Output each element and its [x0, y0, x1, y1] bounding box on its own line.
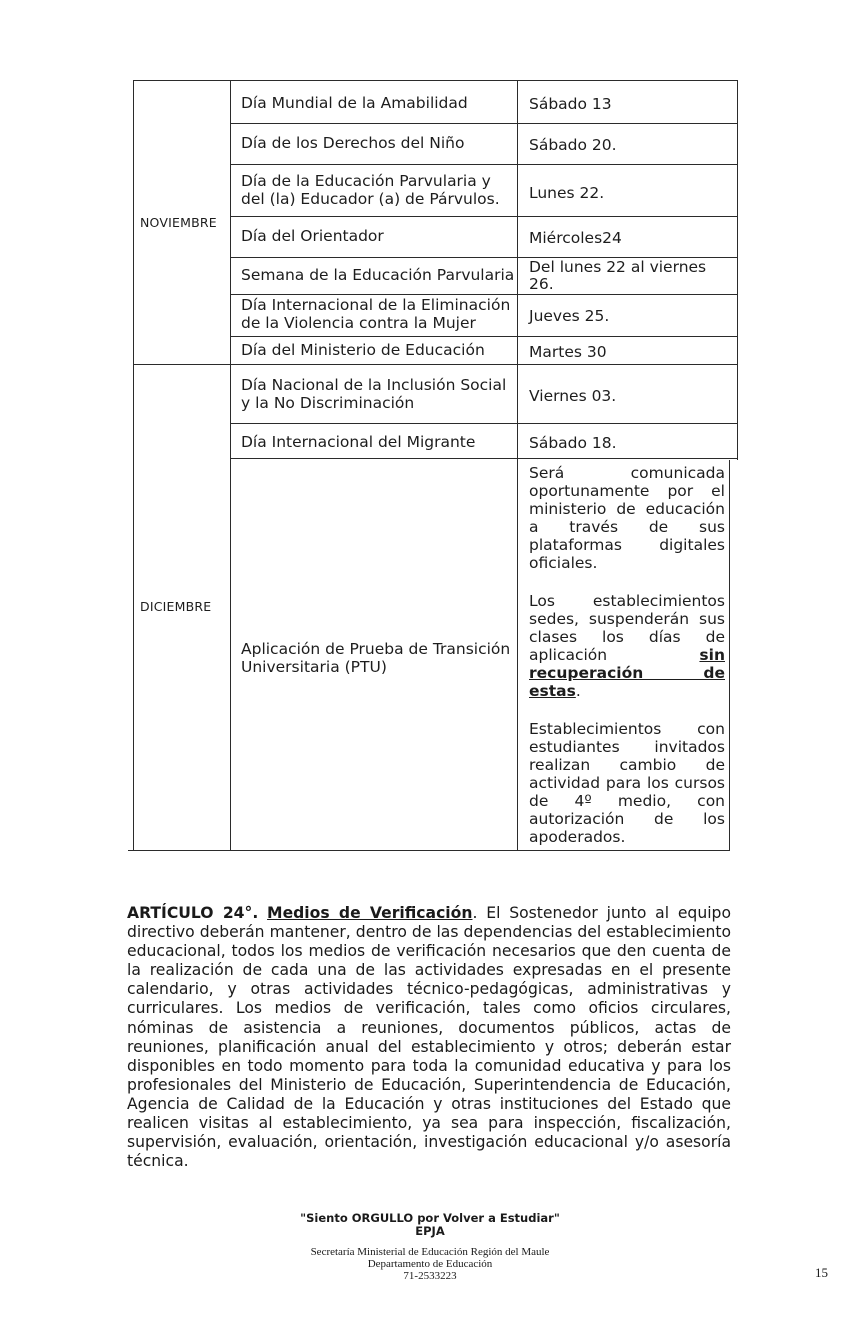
table-border — [133, 80, 134, 850]
footer-phone: 71-2533223 — [250, 1270, 610, 1282]
date-cell: Miércoles24 — [529, 229, 622, 247]
note-line: aplicación sin — [529, 646, 725, 664]
date-cell: Lunes 22. — [529, 184, 604, 202]
note-line: actividad para los cursos — [529, 774, 725, 792]
activity-cell: Día Mundial de la Amabilidad — [241, 94, 468, 112]
note-line: ministerio de educación — [529, 500, 725, 518]
activity-cell: Día del Orientador — [241, 227, 384, 245]
row-divider — [230, 123, 737, 124]
date-text: Sábado 13 — [529, 95, 612, 113]
activity-text: de la Violencia contra la Mujer — [241, 314, 510, 332]
activity-text: Día Nacional de la Inclusión Social — [241, 376, 506, 394]
row-divider — [230, 336, 737, 337]
article-body: . El Sostenedor junto al equipo directiv… — [127, 904, 731, 1170]
article-heading: ARTÍCULO 24°. — [127, 904, 258, 922]
note-line: apoderados. — [529, 828, 725, 846]
document-page: NOVIEMBRE DICIEMBRE Día Mundial de la Am… — [0, 0, 866, 1324]
note-text: aplicación — [529, 646, 607, 664]
table-border — [737, 80, 738, 460]
activity-text: del (la) Educador (a) de Párvulos. — [241, 190, 500, 208]
date-text: 26. — [529, 276, 706, 293]
activity-text: Día Mundial de la Amabilidad — [241, 94, 468, 112]
activity-text: Día Internacional del Migrante — [241, 433, 475, 451]
table-border — [133, 80, 737, 81]
emphasis-text: sin — [699, 646, 725, 664]
activity-text: y la No Discriminación — [241, 394, 506, 412]
month-label-diciembre: DICIEMBRE — [140, 599, 211, 614]
note-line: oportunamente por el — [529, 482, 725, 500]
footer-org-line: Secretaría Ministerial de Educación Regi… — [250, 1246, 610, 1258]
date-cell: Jueves 25. — [529, 307, 609, 325]
activity-text: Día de la Educación Parvularia y — [241, 172, 500, 190]
row-divider — [230, 294, 737, 295]
ptu-note-communication: Será comunicada oportunamente por el min… — [529, 464, 725, 572]
column-divider — [517, 80, 518, 850]
ptu-notes: Será comunicada oportunamente por el min… — [529, 464, 725, 846]
date-cell: Sábado 20. — [529, 136, 617, 154]
activity-text: Semana de la Educación Parvularia — [241, 266, 514, 284]
activity-text: Día del Ministerio de Educación — [241, 341, 485, 359]
activity-cell: Día del Ministerio de Educación — [241, 341, 485, 359]
date-cell: Sábado 13 — [529, 95, 612, 113]
note-line: Establecimientos con — [529, 720, 725, 738]
note-line: Será comunicada — [529, 464, 725, 482]
date-text: Sábado 20. — [529, 136, 617, 154]
emphasis-text: recuperación de — [529, 664, 725, 682]
emphasis-text: estas — [529, 682, 576, 700]
activity-cell: Día Internacional de la Eliminación de l… — [241, 296, 510, 332]
footer-org: Secretaría Ministerial de Educación Regi… — [250, 1246, 610, 1282]
article-24: ARTÍCULO 24°. Medios de Verificación. El… — [127, 904, 731, 1171]
note-line: plataformas digitales — [529, 536, 725, 554]
row-divider — [230, 216, 737, 217]
date-text: Jueves 25. — [529, 307, 609, 325]
table-border — [729, 460, 730, 850]
column-divider — [230, 80, 231, 850]
page-number: 15 — [815, 1265, 828, 1281]
date-cell: Martes 30 — [529, 343, 607, 361]
ptu-note-suspension: Los establecimientos sedes, suspenderán … — [529, 592, 725, 700]
note-line: oficiales. — [529, 554, 725, 572]
note-line: estas. — [529, 682, 725, 700]
date-text: Martes 30 — [529, 343, 607, 361]
activity-text: Día Internacional de la Eliminación — [241, 296, 510, 314]
activity-text: Aplicación de Prueba de Transición — [241, 640, 510, 658]
article-subtitle: Medios de Verificación — [267, 904, 472, 922]
date-cell: Viernes 03. — [529, 387, 616, 405]
note-line: estudiantes invitados — [529, 738, 725, 756]
activity-cell: Día de los Derechos del Niño — [241, 134, 464, 152]
activity-cell: Aplicación de Prueba de Transición Unive… — [241, 640, 510, 676]
note-line: Los establecimientos — [529, 592, 725, 610]
note-line: clases los días de — [529, 628, 725, 646]
row-divider — [230, 164, 737, 165]
date-text: Miércoles24 — [529, 229, 622, 247]
footer-org-line: Departamento de Educación — [250, 1258, 610, 1270]
note-line: autorización de los — [529, 810, 725, 828]
ptu-note-invited: Establecimientos con estudiantes invitad… — [529, 720, 725, 846]
date-cell: Del lunes 22 al viernes 26. — [529, 259, 706, 293]
month-label-noviembre: NOVIEMBRE — [140, 215, 217, 230]
note-text: . — [576, 682, 581, 700]
activity-text: Día de los Derechos del Niño — [241, 134, 464, 152]
table-border — [128, 850, 730, 851]
note-line: de 4º medio, con — [529, 792, 725, 810]
activity-cell: Día Internacional del Migrante — [241, 433, 475, 451]
activity-text: Día del Orientador — [241, 227, 384, 245]
date-text: Viernes 03. — [529, 387, 616, 405]
note-line: realizan cambio de — [529, 756, 725, 774]
date-cell: Sábado 18. — [529, 434, 617, 452]
activity-cell: Semana de la Educación Parvularia — [241, 266, 514, 284]
activity-text: Universitaria (PTU) — [241, 658, 510, 676]
date-text: Del lunes 22 al viernes — [529, 259, 706, 276]
activity-cell: Día de la Educación Parvularia y del (la… — [241, 172, 500, 208]
footer-program: EPJA — [250, 1225, 610, 1238]
date-text: Lunes 22. — [529, 184, 604, 202]
activity-cell: Día Nacional de la Inclusión Social y la… — [241, 376, 506, 412]
note-line: a través de sus — [529, 518, 725, 536]
note-line: sedes, suspenderán sus — [529, 610, 725, 628]
date-text: Sábado 18. — [529, 434, 617, 452]
row-divider — [230, 423, 737, 424]
row-divider — [230, 458, 737, 459]
page-footer: "Siento ORGULLO por Volver a Estudiar" E… — [250, 1212, 610, 1282]
month-divider — [133, 364, 737, 365]
